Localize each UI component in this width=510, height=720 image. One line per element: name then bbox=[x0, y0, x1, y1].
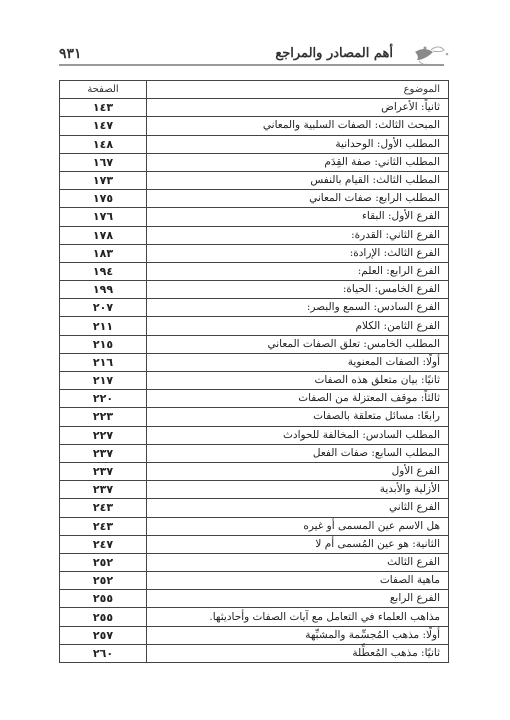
table-row: الفرع الرابع٢٥٥ bbox=[60, 590, 449, 608]
topic-cell: المطلب السابع: صفات الفعل bbox=[147, 444, 449, 462]
table-row: الفرع الثاني٢٤٣ bbox=[60, 499, 449, 517]
topic-cell: الفرع الثاني bbox=[147, 499, 449, 517]
topic-cell: المطلب الأول: الوحدانية bbox=[147, 135, 449, 153]
page-cell: ٢٤٧ bbox=[60, 535, 147, 553]
page-cell: ٢٤٣ bbox=[60, 499, 147, 517]
topic-cell: أولًا: الصفات المعنوية bbox=[147, 353, 449, 371]
table-row: المطلب الثالث: القيام بالنفس١٧٣ bbox=[60, 171, 449, 189]
table-row: الفرع الأول٢٣٧ bbox=[60, 462, 449, 480]
table-row: ثالثاً: موقف المعتزلة من الصفات٢٢٠ bbox=[60, 390, 449, 408]
topic-cell: مذاهب العلماء في التعامل مع آيات الصفات … bbox=[147, 608, 449, 626]
header-divider bbox=[59, 64, 444, 66]
topic-cell: ماهية الصفات bbox=[147, 572, 449, 590]
page-cell: ١٩٤ bbox=[60, 262, 147, 280]
topic-cell: الفرع الأول bbox=[147, 462, 449, 480]
table-row: الفرع الرابع: العلم:١٩٤ bbox=[60, 262, 449, 280]
topic-cell: المطلب الخامس: تعلق الصفات المعاني bbox=[147, 335, 449, 353]
table-row: الفرع السادس: السمع والبصر:٢٠٧ bbox=[60, 299, 449, 317]
table-row: الأزلية والأبدية٢٣٧ bbox=[60, 481, 449, 499]
table-row: هل الاسم عين المسمى أو غيره٢٤٣ bbox=[60, 517, 449, 535]
topic-cell: المطلب الرابع: صفات المعاني bbox=[147, 190, 449, 208]
topic-cell: ثانياً: الأعراض bbox=[147, 99, 449, 117]
topic-cell: الفرع الثاني: القدرة: bbox=[147, 226, 449, 244]
topic-cell: ثالثاً: موقف المعتزلة من الصفات bbox=[147, 390, 449, 408]
topic-cell: الأزلية والأبدية bbox=[147, 481, 449, 499]
table-row: ثانيًا: مذهب المُعطِّلة٢٦٠ bbox=[60, 644, 449, 662]
page-cell: ٢١٦ bbox=[60, 353, 147, 371]
page-cell: ١٤٧ bbox=[60, 117, 147, 135]
table-row: الفرع الثاني: القدرة:١٧٨ bbox=[60, 226, 449, 244]
topic-cell: الفرع الثالث bbox=[147, 553, 449, 571]
table-row: الفرع الخامس: الحياة:١٩٩ bbox=[60, 281, 449, 299]
page-cell: ٢٣٧ bbox=[60, 444, 147, 462]
table-row: المطلب الثاني: صفة القِدَم١٦٧ bbox=[60, 153, 449, 171]
page-cell: ١٤٨ bbox=[60, 135, 147, 153]
topic-cell: الفرع الرابع bbox=[147, 590, 449, 608]
column-header-page: الصفحة bbox=[60, 81, 147, 99]
topic-cell: ثانيًا: بيان متعلق هذه الصفات bbox=[147, 372, 449, 390]
topic-cell: ثانيًا: مذهب المُعطِّلة bbox=[147, 644, 449, 662]
page-cell: ٢٢٠ bbox=[60, 390, 147, 408]
page-cell: ٢٦٠ bbox=[60, 644, 147, 662]
page-cell: ١٧٦ bbox=[60, 208, 147, 226]
page-cell: ٢٣٧ bbox=[60, 462, 147, 480]
table-row: المطلب السادس: المخالفة للحوادث٢٢٧ bbox=[60, 426, 449, 444]
topic-cell: أولًا: مذهب المُجسِّمة والمشبِّهة bbox=[147, 626, 449, 644]
page-cell: ٢١٧ bbox=[60, 372, 147, 390]
table-row: الفرع الأول: البقاء١٧٦ bbox=[60, 208, 449, 226]
page-cell: ٢٥٢ bbox=[60, 553, 147, 571]
page-cell: ٢٥٥ bbox=[60, 590, 147, 608]
page-header: أهم المصادر والمراجع ٩٣١ bbox=[59, 46, 451, 66]
page-cell: ٢٢٣ bbox=[60, 408, 147, 426]
table-row: ماهية الصفات٢٥٢ bbox=[60, 572, 449, 590]
table-row: ثانيًا: بيان متعلق هذه الصفات٢١٧ bbox=[60, 372, 449, 390]
topic-cell: الفرع الرابع: العلم: bbox=[147, 262, 449, 280]
page-cell: ١٦٧ bbox=[60, 153, 147, 171]
page-cell: ١٨٣ bbox=[60, 244, 147, 262]
table-row: المبحث الثالث: الصفات السلبية والمعاني١٤… bbox=[60, 117, 449, 135]
page-cell: ٢٥٢ bbox=[60, 572, 147, 590]
topic-cell: المطلب الثاني: صفة القِدَم bbox=[147, 153, 449, 171]
topic-cell: المطلب السادس: المخالفة للحوادث bbox=[147, 426, 449, 444]
topic-cell: الفرع الثامن: الكلام bbox=[147, 317, 449, 335]
page-cell: ١٧٥ bbox=[60, 190, 147, 208]
page-cell: ٢٠٧ bbox=[60, 299, 147, 317]
topic-cell: الفرع الثالث: الإرادة: bbox=[147, 244, 449, 262]
table-row: أولًا: الصفات المعنوية٢١٦ bbox=[60, 353, 449, 371]
table-row: الفرع الثالث٢٥٢ bbox=[60, 553, 449, 571]
page-cell: ٢٥٧ bbox=[60, 626, 147, 644]
page-cell: ٢٢٧ bbox=[60, 426, 147, 444]
index-table: الموضوع الصفحة ثانياً: الأعراض١٤٣ المبحث… bbox=[59, 80, 449, 663]
topic-cell: الفرع الأول: البقاء bbox=[147, 208, 449, 226]
table-row: الفرع الثالث: الإرادة:١٨٣ bbox=[60, 244, 449, 262]
topic-cell: الثانية: هو عين المُسمى أم لا bbox=[147, 535, 449, 553]
page-number: ٩٣١ bbox=[59, 46, 82, 62]
page-cell: ١٧٣ bbox=[60, 171, 147, 189]
table-row: أولًا: مذهب المُجسِّمة والمشبِّهة٢٥٧ bbox=[60, 626, 449, 644]
page-cell: ١٩٩ bbox=[60, 281, 147, 299]
table-row: ثانياً: الأعراض١٤٣ bbox=[60, 99, 449, 117]
page-cell: ٢٤٣ bbox=[60, 517, 147, 535]
table-row: المطلب الرابع: صفات المعاني١٧٥ bbox=[60, 190, 449, 208]
table-row: المطلب الأول: الوحدانية١٤٨ bbox=[60, 135, 449, 153]
topic-cell: الفرع السادس: السمع والبصر: bbox=[147, 299, 449, 317]
table-row: مذاهب العلماء في التعامل مع آيات الصفات … bbox=[60, 608, 449, 626]
topic-cell: هل الاسم عين المسمى أو غيره bbox=[147, 517, 449, 535]
topic-cell: رابعًا: مسائل متعلقة بالصفات bbox=[147, 408, 449, 426]
table-row: المطلب الخامس: تعلق الصفات المعاني٢١٥ bbox=[60, 335, 449, 353]
column-header-topic: الموضوع bbox=[147, 81, 449, 99]
table-row: المطلب السابع: صفات الفعل٢٣٧ bbox=[60, 444, 449, 462]
page-cell: ٢٣٧ bbox=[60, 481, 147, 499]
page-cell: ٢١٥ bbox=[60, 335, 147, 353]
table-row: رابعًا: مسائل متعلقة بالصفات٢٢٣ bbox=[60, 408, 449, 426]
topic-cell: الفرع الخامس: الحياة: bbox=[147, 281, 449, 299]
page-cell: ٢٥٥ bbox=[60, 608, 147, 626]
table-row: الثانية: هو عين المُسمى أم لا٢٤٧ bbox=[60, 535, 449, 553]
topic-cell: المطلب الثالث: القيام بالنفس bbox=[147, 171, 449, 189]
running-header-title: أهم المصادر والمراجع bbox=[275, 46, 393, 61]
page-cell: ٢١١ bbox=[60, 317, 147, 335]
page-cell: ١٧٨ bbox=[60, 226, 147, 244]
topic-cell: المبحث الثالث: الصفات السلبية والمعاني bbox=[147, 117, 449, 135]
page-cell: ١٤٣ bbox=[60, 99, 147, 117]
table-header-row: الموضوع الصفحة bbox=[60, 81, 449, 99]
table-row: الفرع الثامن: الكلام٢١١ bbox=[60, 317, 449, 335]
